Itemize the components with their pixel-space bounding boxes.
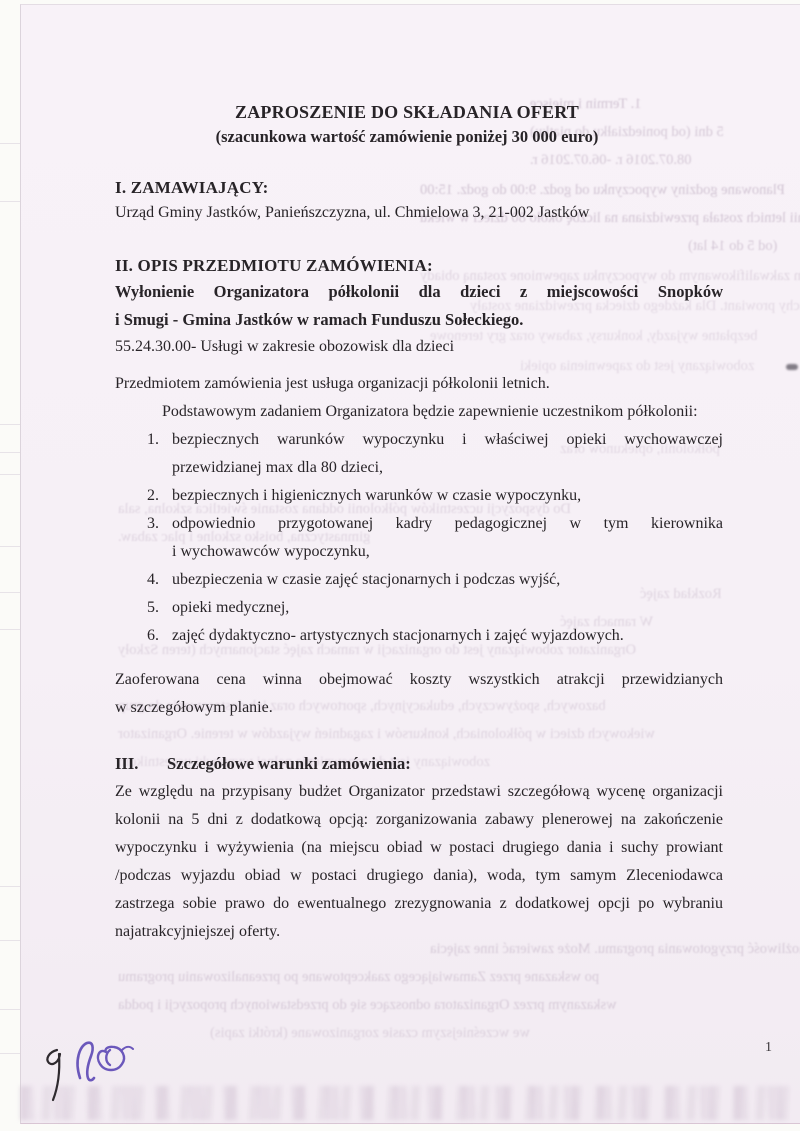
requirements-list: 1. bezpiecznych warunków wypoczynku i wł… <box>115 426 723 650</box>
list-item-text: ubezpieczenia w czasie zajęć stacjonarny… <box>172 566 723 594</box>
list-item: 2. bezpiecznych i higienicznych warunków… <box>115 482 723 510</box>
text-line: /podczas wyjazdu obiad w postaci drugieg… <box>115 862 723 890</box>
subject-intro-line: Przedmiotem zamówienia jest usługa organ… <box>115 370 723 398</box>
scan-edge-artifact <box>0 143 20 144</box>
text-line: Wyłonienie Organizatora półkolonii dla d… <box>115 278 723 306</box>
text-line: zastrzega sobie prawo do ewentualnego zr… <box>115 890 723 918</box>
document-title: ZAPROSZENIE DO SKŁADANIA OFERT <box>91 100 723 124</box>
page-number: 1 <box>765 1040 772 1056</box>
document-content: ZAPROSZENIE DO SKŁADANIA OFERT (szacunko… <box>115 100 723 946</box>
contract-subject: Wyłonienie Organizatora półkolonii dla d… <box>115 278 723 334</box>
list-item: 3. odpowiednio przygotowanej kadry pedag… <box>115 510 723 566</box>
contracting-authority-address: Urząd Gminy Jastków, Panieńszczyzna, ul.… <box>115 200 723 226</box>
text-line: najatrakcyjniejszej oferty. <box>115 918 723 946</box>
section-2-heading: II. OPIS PRZEDMIOTU ZAMÓWIENIA: <box>115 254 723 278</box>
list-item: 5. opieki medycznej, <box>115 594 723 622</box>
text-line: Zaoferowana cena winna obejmować koszty … <box>115 666 723 694</box>
scan-edge-artifact <box>0 1053 20 1054</box>
list-item-number: 4. <box>147 566 172 594</box>
scan-edge-artifact <box>0 424 20 425</box>
scan-noise-band <box>20 1086 800 1120</box>
list-item-number: 1. <box>147 426 172 482</box>
cpv-code-line: 55.24.30.00- Usługi w zakresie obozowisk… <box>115 334 723 360</box>
text-line: ubezpieczenia w czasie zajęć stacjonarny… <box>172 566 723 594</box>
text-line: bezpiecznych i higienicznych warunków w … <box>172 482 723 510</box>
scan-edge-artifact <box>0 592 20 593</box>
section-3-number: III. <box>115 750 167 778</box>
scan-edge-artifact <box>0 201 20 202</box>
text-line: kolonii na 5 dni z dodatkową opcją: zorg… <box>115 806 723 834</box>
scan-smudge <box>786 364 798 370</box>
text-line: odpowiednio przygotowanej kadry pedagogi… <box>172 510 723 538</box>
text-line: Ze względu na przypisany budżet Organiza… <box>115 778 723 806</box>
scan-edge-artifact <box>0 1009 20 1010</box>
title-block: ZAPROSZENIE DO SKŁADANIA OFERT (szacunko… <box>91 100 723 150</box>
text-line: zajęć dydaktyczno- artystycznych stacjon… <box>172 622 723 650</box>
scan-edge-artifact <box>0 474 20 475</box>
document-subtitle: (szacunkowa wartość zamówienie poniżej 3… <box>91 124 723 150</box>
list-item-text: bezpiecznych warunków wypoczynku i właśc… <box>172 426 723 482</box>
section-3-title: Szczegółowe warunki zamówienia: <box>167 750 411 778</box>
text-line: wypoczynku i wyżywienia (na miejscu obia… <box>115 834 723 862</box>
list-item-text: odpowiednio przygotowanej kadry pedagogi… <box>172 510 723 566</box>
list-item-number: 6. <box>147 622 172 650</box>
text-line: opieki medycznej, <box>172 594 723 622</box>
scan-edge-artifact <box>0 886 20 887</box>
scan-edge-artifact <box>0 452 20 453</box>
list-item: 6. zajęć dydaktyczno- artystycznych stac… <box>115 622 723 650</box>
list-item-number: 5. <box>147 594 172 622</box>
list-item-number: 2. <box>147 482 172 510</box>
list-item: 4. ubezpieczenia w czasie zajęć stacjona… <box>115 566 723 594</box>
text-line: i wychowawców wypoczynku, <box>172 538 723 566</box>
text-line: w szczegółowym planie. <box>115 694 723 722</box>
price-note: Zaoferowana cena winna obejmować koszty … <box>115 666 723 722</box>
list-item-number: 3. <box>147 510 172 566</box>
list-item-text: bezpiecznych i higienicznych warunków w … <box>172 482 723 510</box>
section-3-heading: III. Szczegółowe warunki zamówienia: <box>115 750 723 778</box>
section-1-heading: I. ZAMAWIAJĄCY: <box>115 176 723 200</box>
text-line: i Smugi - Gmina Jastków w ramach Fundusz… <box>115 306 723 334</box>
text-line: bezpiecznych warunków wypoczynku i właśc… <box>172 426 723 454</box>
scan-edge-artifact <box>0 546 20 547</box>
handwritten-initial-blue-ink <box>72 1038 136 1086</box>
scan-edge-artifact <box>0 629 20 630</box>
list-item: 1. bezpiecznych warunków wypoczynku i wł… <box>115 426 723 482</box>
scan-edge-artifact <box>0 940 20 941</box>
list-item-text: opieki medycznej, <box>172 594 723 622</box>
list-item-text: zajęć dydaktyczno- artystycznych stacjon… <box>172 622 723 650</box>
text-line: przewidzianej max dla 80 dzieci, <box>172 454 723 482</box>
requirements-intro: Podstawowym zadaniem Organizatora będzie… <box>115 398 723 426</box>
handwritten-initial-black-ink <box>40 1044 68 1104</box>
section-3-body: Ze względu na przypisany budżet Organiza… <box>115 778 723 946</box>
